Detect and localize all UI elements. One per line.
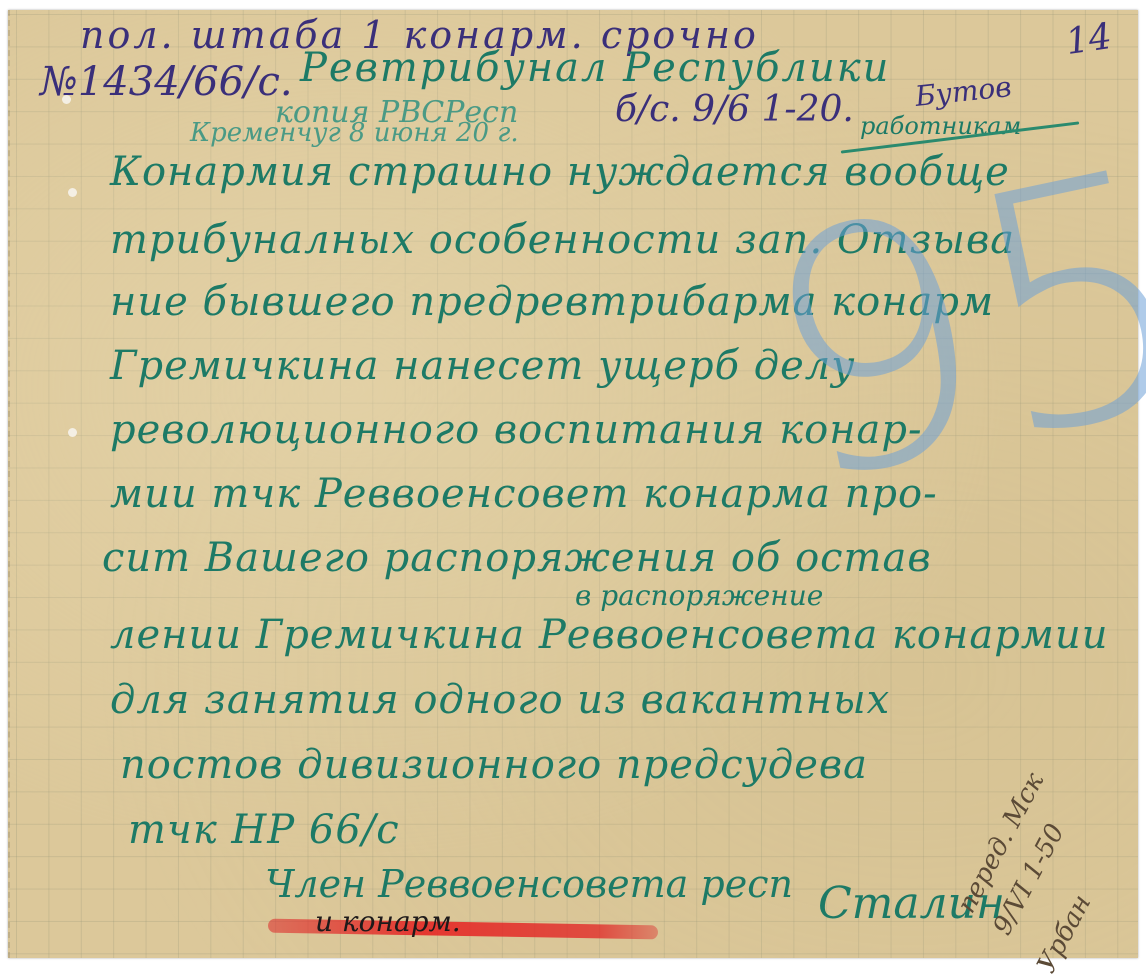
body-line-6: мии тчк Реввоенсовет конарма про- bbox=[110, 474, 938, 514]
body-line-1: Конармия страшно нуждается вообще bbox=[110, 152, 1010, 192]
page-number: 14 bbox=[1064, 19, 1114, 61]
document-page: пол. штаба 1 конарм. срочно №1434/66/с. … bbox=[8, 10, 1138, 958]
received-mark: б/с. 9/6 1-20. bbox=[615, 92, 854, 128]
insertion-above-line: в распоряжение bbox=[575, 582, 823, 610]
paper-hole-mark bbox=[68, 428, 77, 437]
struck-text: и конарм. bbox=[315, 908, 461, 936]
addressee-line-1: Ревтрибунал Республики bbox=[300, 48, 890, 88]
body-line-3: ние бывшего предревтрибарма конарм bbox=[110, 282, 994, 322]
place-and-date: Кременчуг 8 июня 20 г. bbox=[190, 120, 519, 146]
margin-note-line-3: Урбан bbox=[1032, 890, 1098, 967]
paper-hole-mark bbox=[68, 188, 77, 197]
registration-number: №1434/66/с. bbox=[40, 62, 293, 102]
body-line-8: лении Гремичкина Реввоенсовета конармии bbox=[110, 615, 1109, 655]
body-line-5: революционного воспитания конар- bbox=[110, 410, 923, 450]
signature-title: Член Реввоенсовета респ bbox=[265, 865, 793, 903]
body-line-2: трибуналных особенности зап. Отзыва bbox=[110, 220, 1015, 260]
body-line-10: постов дивизионного предсудева bbox=[120, 745, 868, 785]
received-by: Бутов bbox=[914, 73, 1013, 111]
body-line-9: для занятия одного из вакантных bbox=[110, 680, 890, 720]
body-line-11: тчк НР 66/с bbox=[128, 810, 400, 850]
body-line-7: сит Вашего распоряжения об остав bbox=[102, 538, 932, 578]
body-line-4: Гремичкина нанесет ущерб делу bbox=[110, 346, 855, 386]
